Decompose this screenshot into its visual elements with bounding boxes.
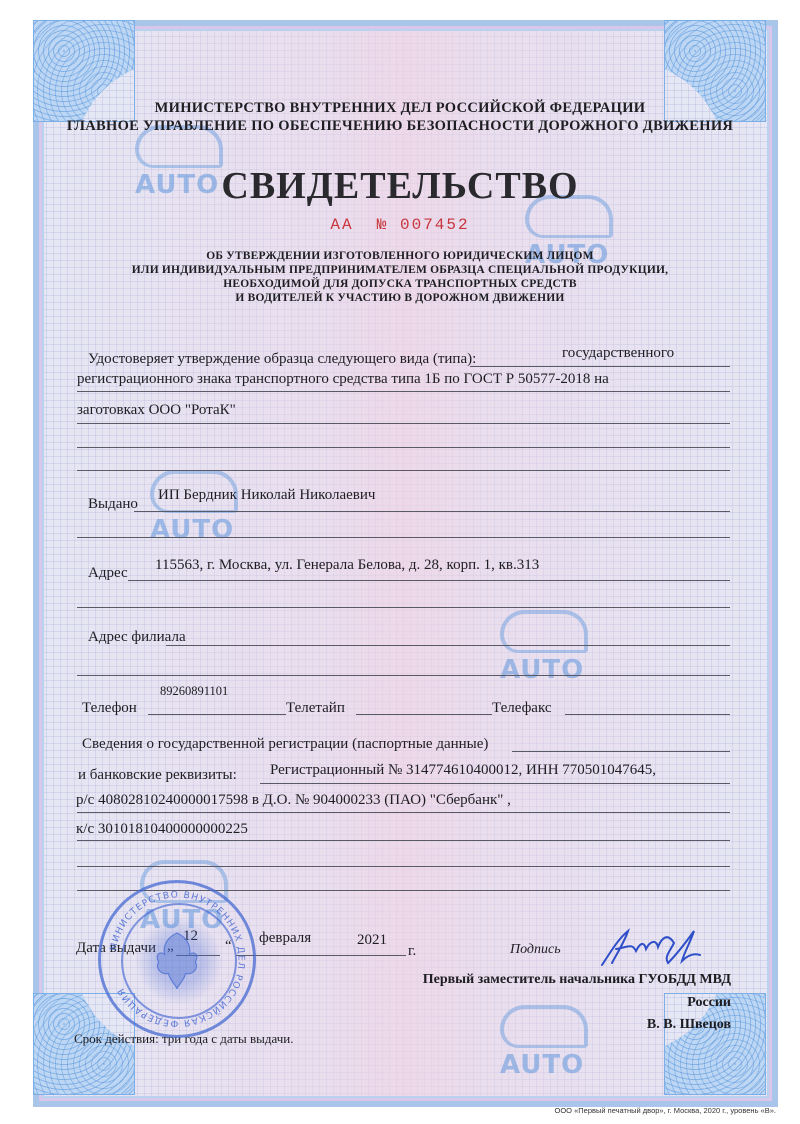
teletype-label: Телетайп — [286, 700, 345, 717]
serial-value: 007452 — [400, 216, 470, 234]
bank-details-line1: Регистрационный № 314774610400012, ИНН 7… — [270, 762, 656, 779]
serial-series: АА — [330, 216, 353, 234]
bank-details-line3: к/с 30101810400000000225 — [76, 821, 248, 838]
department-header: ГЛАВНОЕ УПРАВЛЕНИЕ ПО ОБЕСПЕЧЕНИЮ БЕЗОПА… — [0, 118, 800, 135]
ministry-header: МИНИСТЕРСТВО ВНУТРЕННИХ ДЕЛ РОССИЙСКОЙ Ф… — [0, 100, 800, 117]
subtitle-line: НЕОБХОДИМОЙ ДЛЯ ДОПУСКА ТРАНСПОРТНЫХ СРЕ… — [0, 278, 800, 290]
branch-address-label: Адрес филиала — [88, 629, 186, 646]
phone-value: 89260891101 — [160, 684, 228, 699]
issued-to-value: ИП Бердник Николай Николаевич — [158, 487, 375, 504]
signatory-name: В. В. Швецов — [647, 1017, 731, 1033]
registration-label: Сведения о государственной регистрации (… — [82, 736, 488, 753]
subtitle-line: И ВОДИТЕЛЕЙ К УЧАСТИЮ В ДОРОЖНОМ ДВИЖЕНИ… — [0, 292, 800, 304]
year-suffix: г. — [408, 943, 416, 960]
issue-year: 2021 — [357, 932, 387, 949]
bank-details-line2: р/с 40802810240000017598 в Д.О. № 904000… — [76, 792, 511, 809]
address-label: Адрес — [88, 565, 128, 582]
fax-label: Телефакс — [492, 700, 552, 717]
bank-details-label: и банковские реквизиты: — [78, 767, 237, 784]
issued-to-label: Выдано — [88, 496, 138, 513]
printer-note: ООО «Первый печатный двор», г. Москва, 2… — [555, 1106, 776, 1115]
issue-month: февраля — [259, 930, 311, 947]
signatory-position: Первый заместитель начальника ГУОБДД МВД — [423, 972, 731, 988]
document-title: СВИДЕТЕЛЬСТВО — [0, 164, 800, 208]
official-stamp: МИНИСТЕРСТВО ВНУТРЕННИХ ДЕЛ РОССИЙСКАЯ Ф… — [98, 880, 256, 1038]
subtitle-line: ИЛИ ИНДИВИДУАЛЬНЫМ ПРЕДПРИНИМАТЕЛЕМ ОБРА… — [0, 264, 800, 276]
stamp-emblem-icon: МИНИСТЕРСТВО ВНУТРЕННИХ ДЕЛ РОССИЙСКАЯ Ф… — [101, 883, 253, 1035]
subtitle-line: ОБ УТВЕРЖДЕНИИ ИЗГОТОВЛЕННОГО ЮРИДИЧЕСКИ… — [0, 250, 800, 262]
serial-number: АА № 007452 — [0, 216, 800, 234]
signature-label: Подпись — [510, 942, 561, 958]
signatory-country: России — [687, 995, 731, 1011]
certifies-value-line2: регистрационного знака транспортного сре… — [77, 371, 609, 388]
certifies-label: Удостоверяет утверждение образца следующ… — [88, 351, 476, 368]
certifies-value-line1: государственного — [562, 345, 674, 362]
certifies-value-line3: заготовках ООО "РотаК" — [77, 402, 236, 419]
phone-label: Телефон — [82, 700, 137, 717]
address-value: 115563, г. Москва, ул. Генерала Белова, … — [155, 557, 539, 574]
number-sign: № — [377, 216, 389, 234]
handwritten-signature — [598, 925, 703, 970]
